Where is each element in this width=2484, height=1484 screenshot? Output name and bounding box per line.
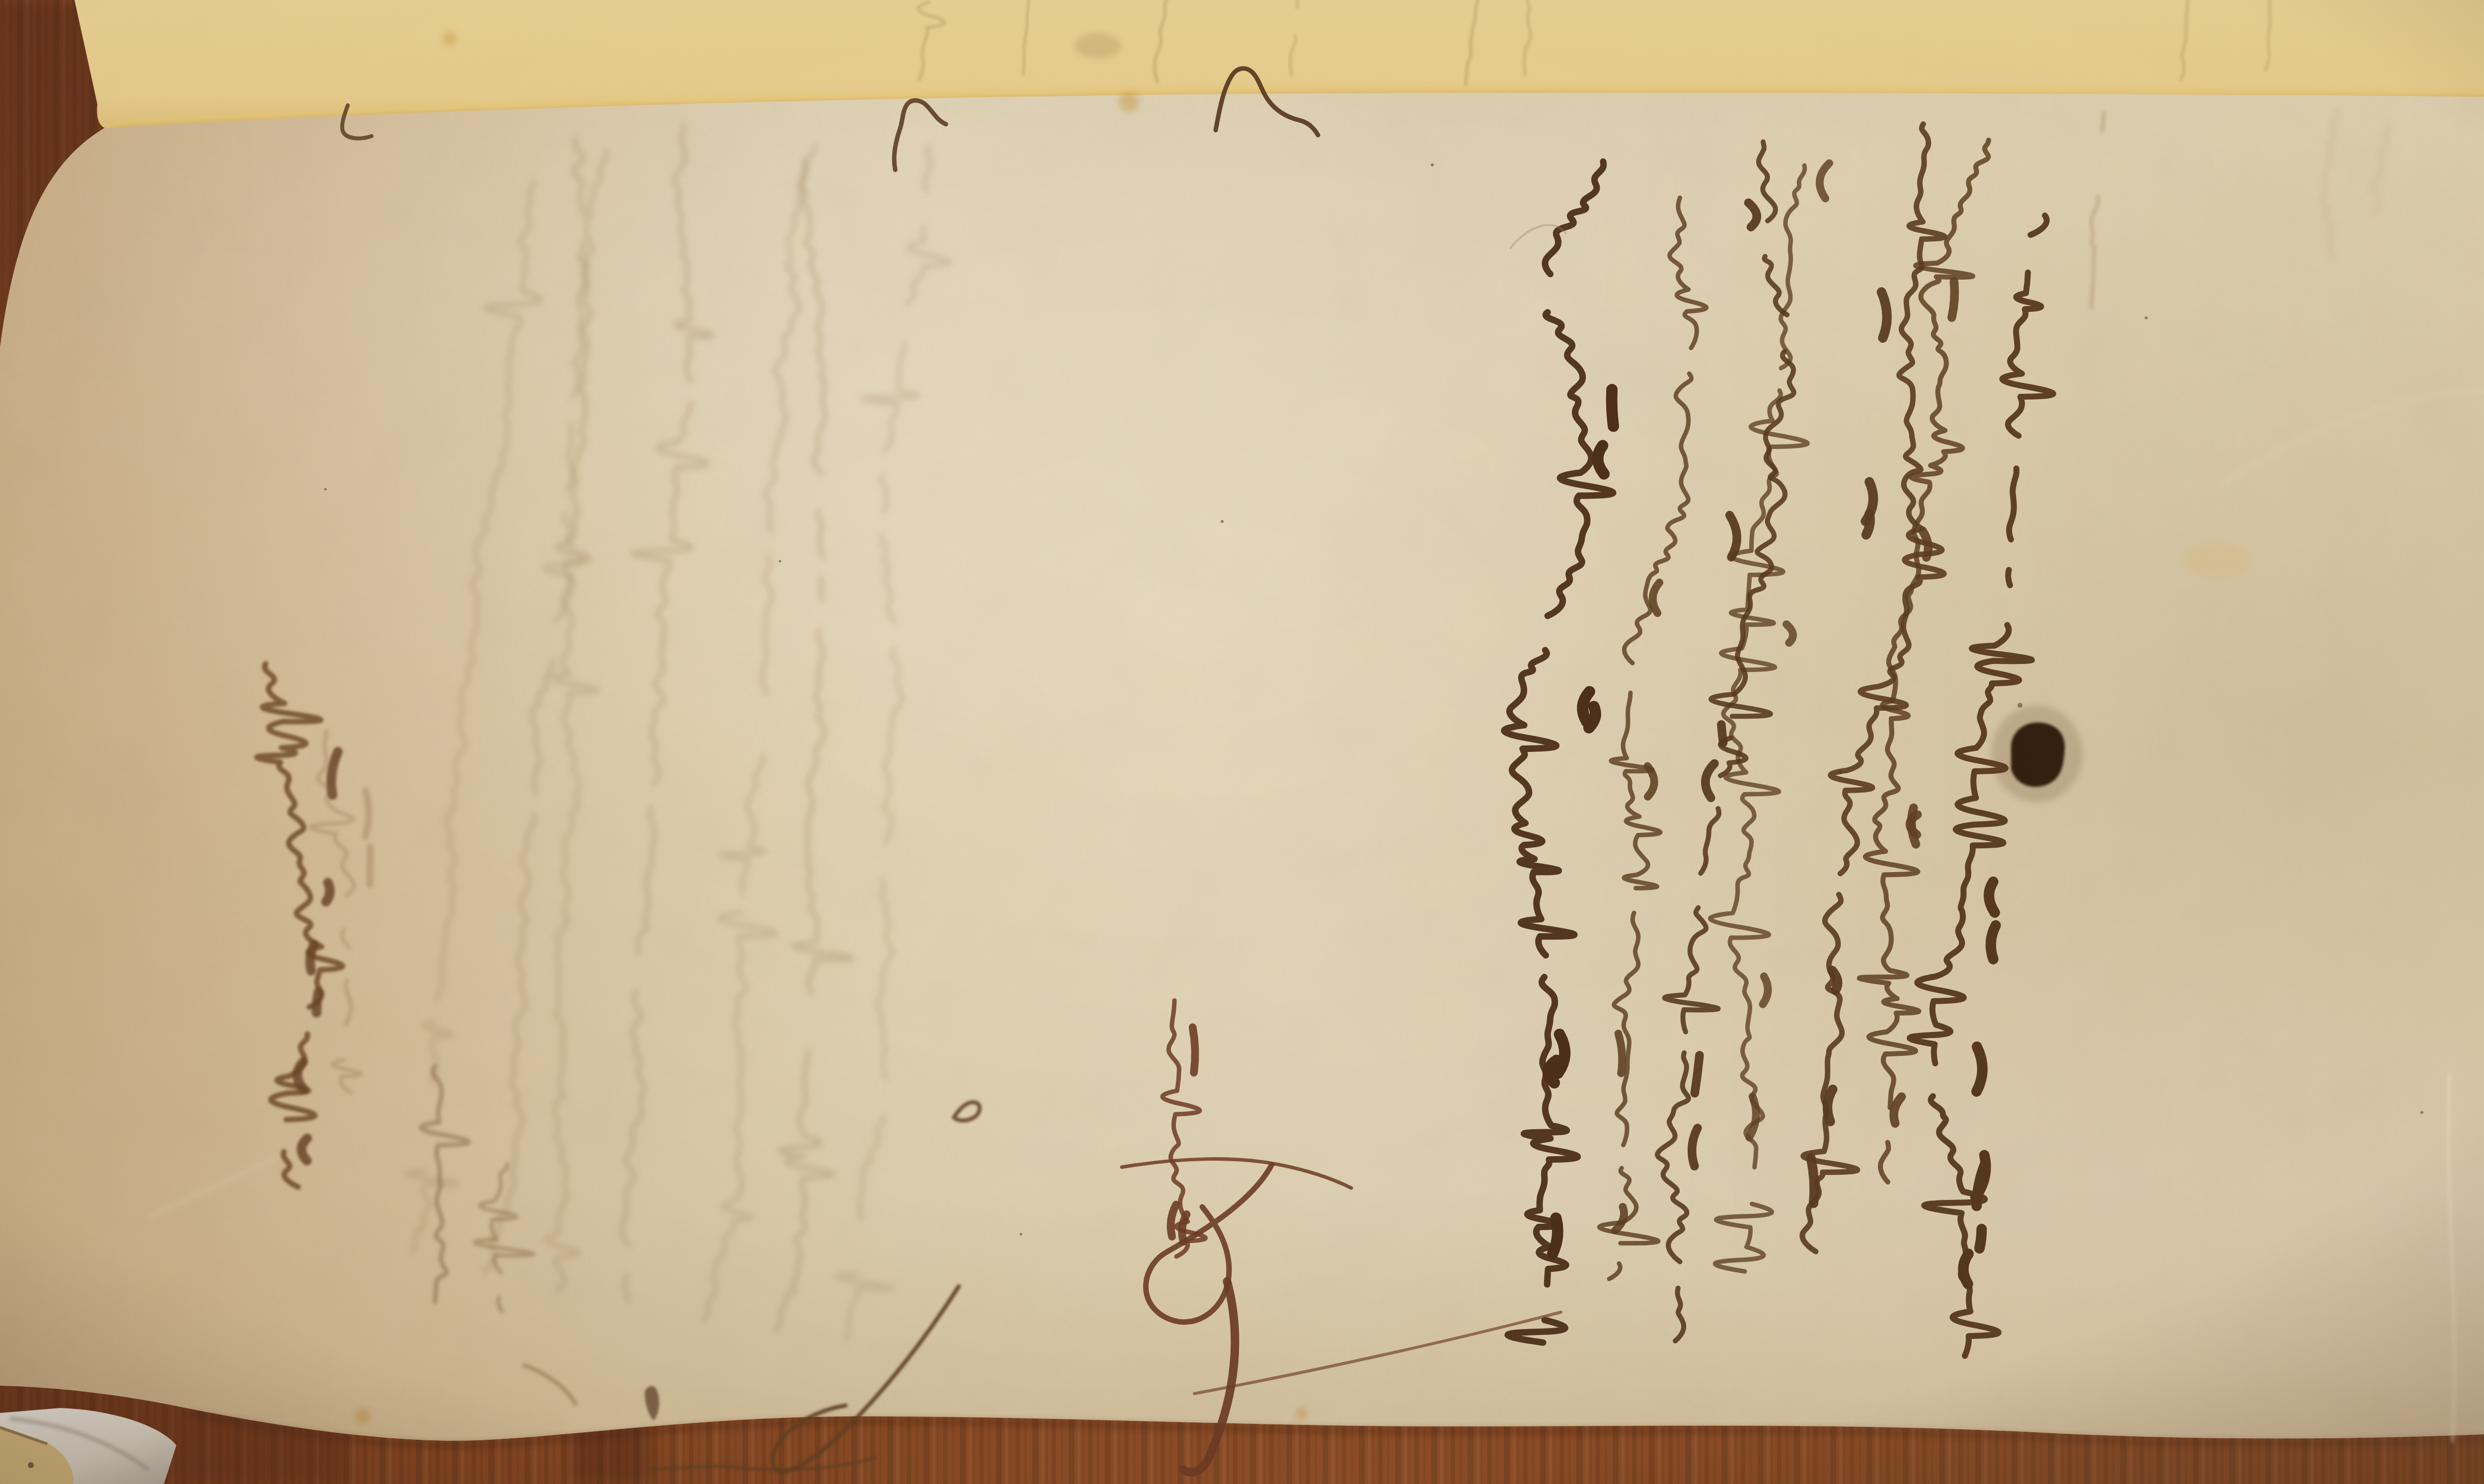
scene-canvas: Manuscript leaf in a bound volume, photo… [0, 0, 2484, 1484]
vignette [0, 0, 2484, 1484]
manuscript-photo: An aged cream laid-paper page of an open… [0, 0, 2484, 1484]
